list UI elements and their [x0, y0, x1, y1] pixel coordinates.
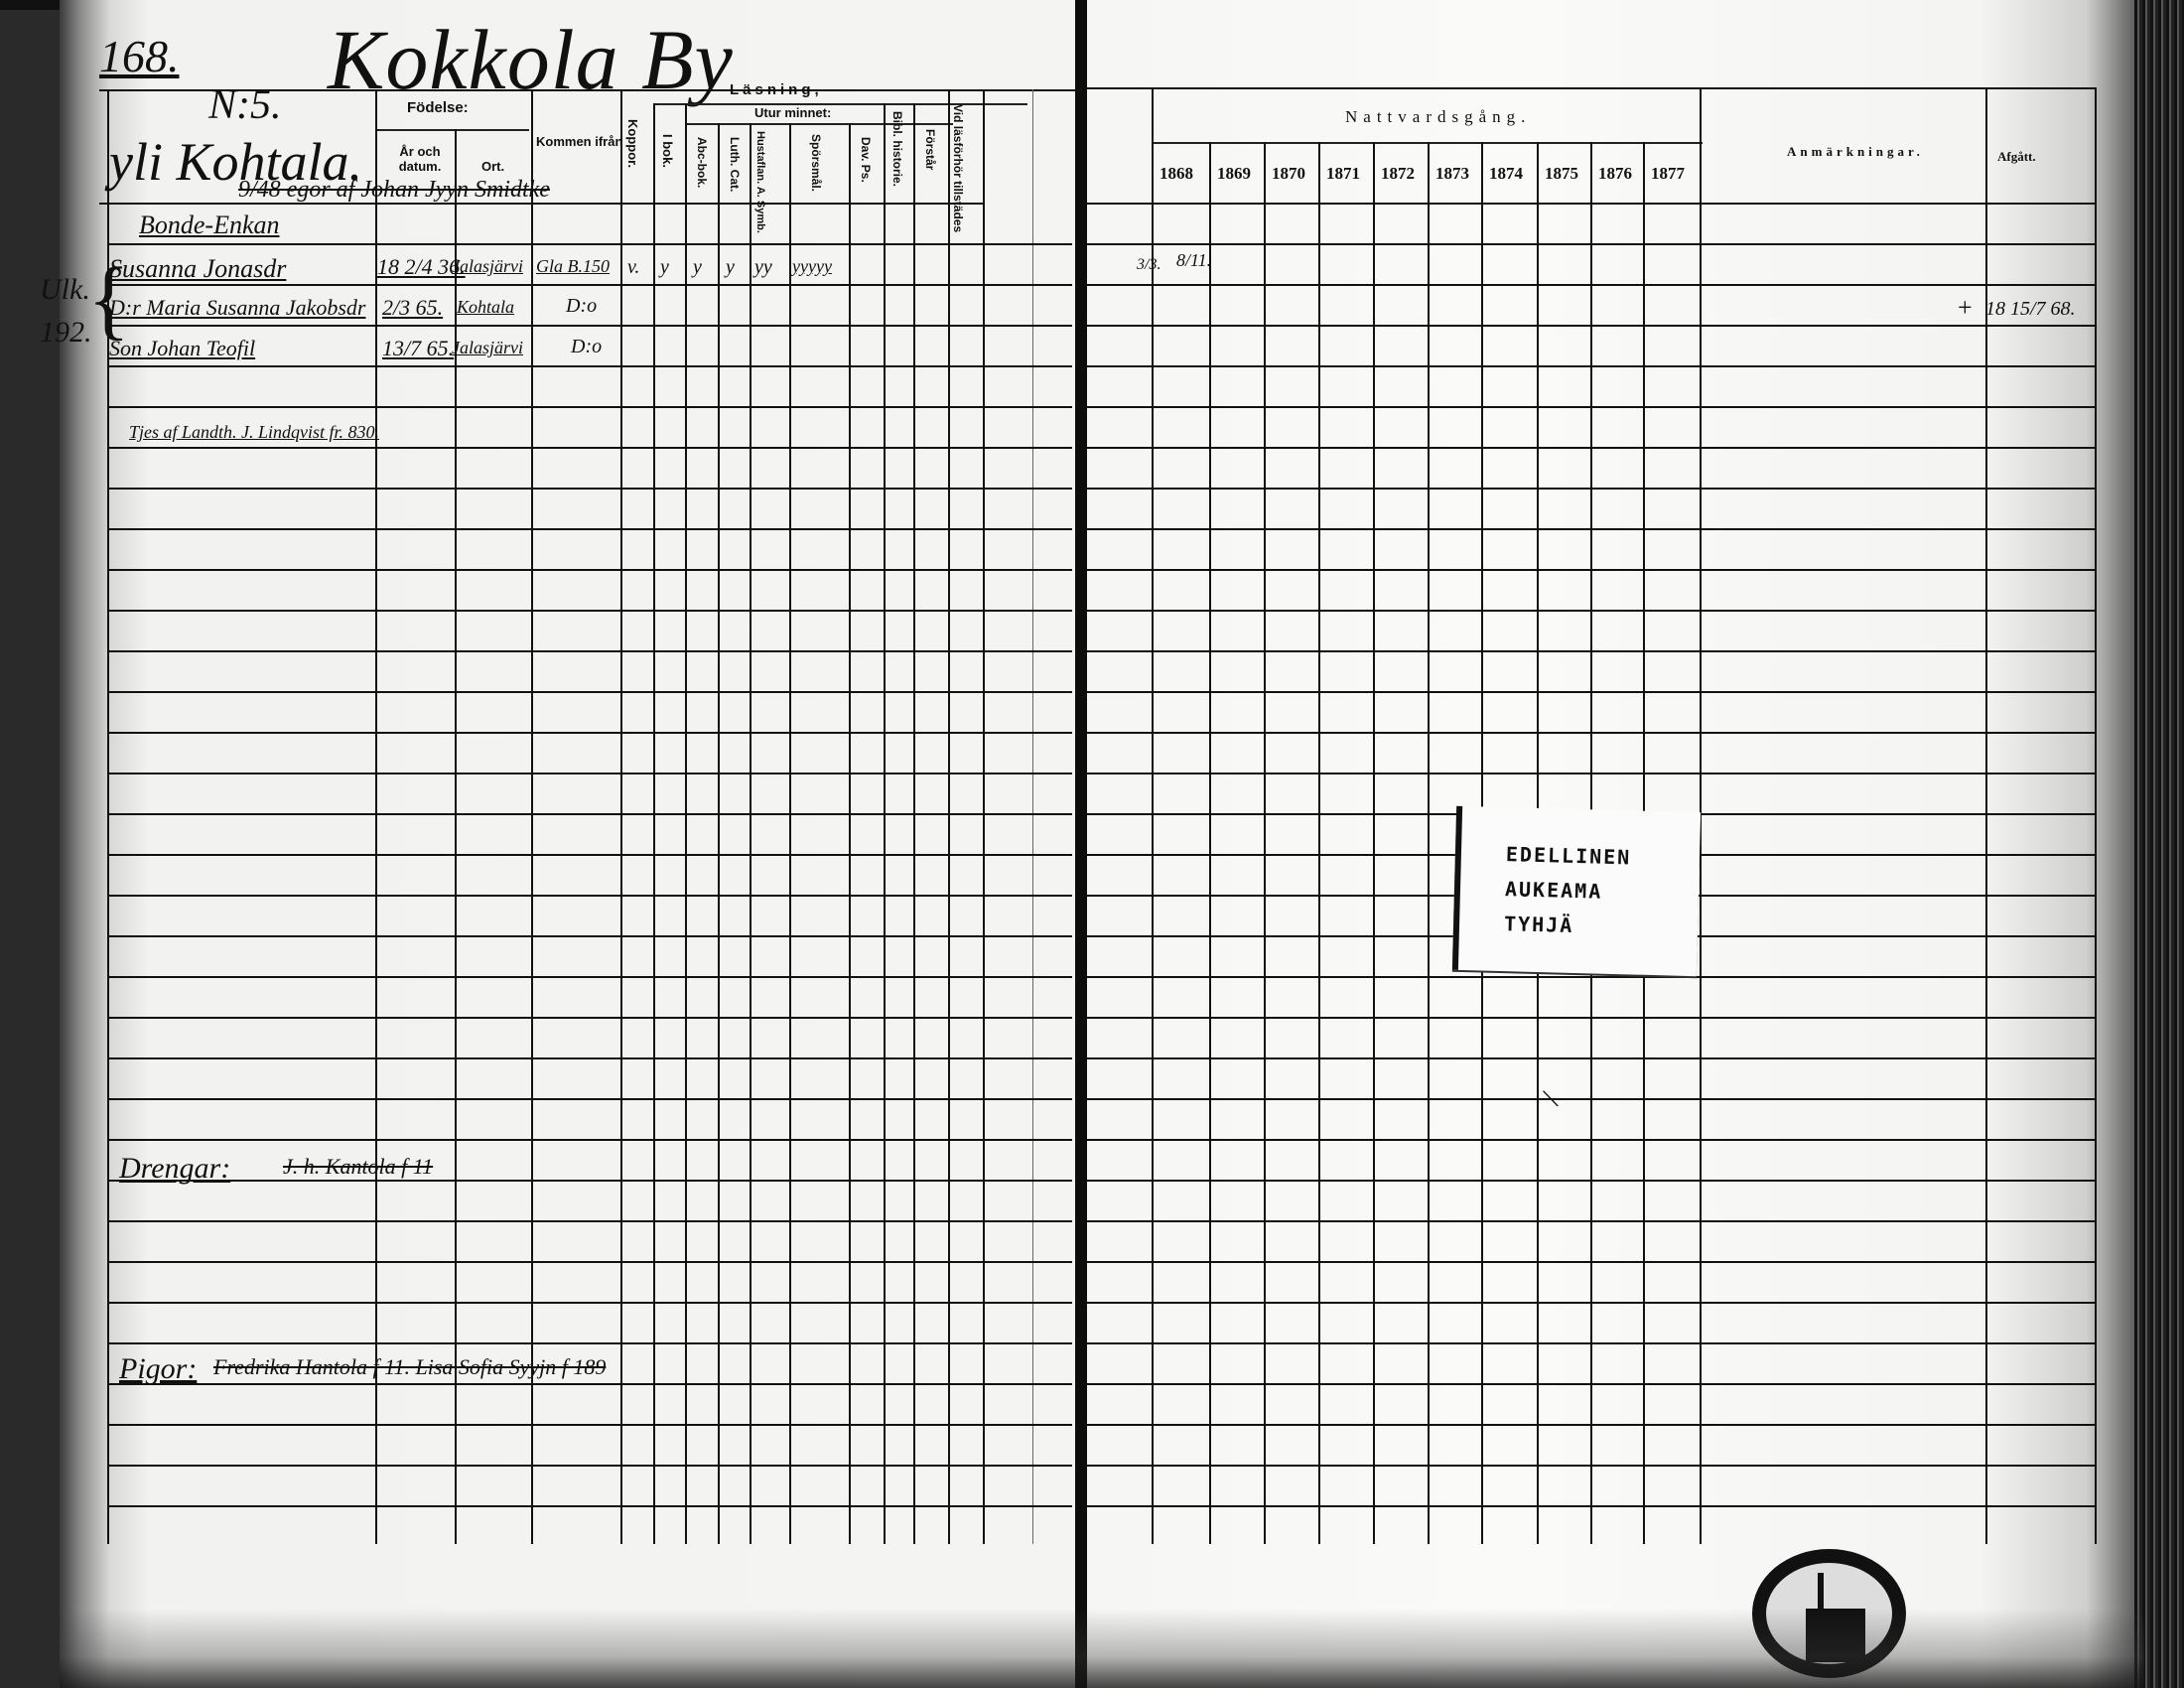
year-header: 1877: [1651, 164, 1685, 184]
row-rule: [1087, 1465, 2095, 1467]
row-rule: [107, 650, 1072, 652]
row-rule: [107, 854, 1072, 856]
entry-came-from: Gla B.150: [536, 256, 610, 277]
maids-text: Fredrika Hantola f 11. Lisa Sofia Syyjn …: [213, 1354, 606, 1380]
entry-reading-mark: yyyyy: [792, 256, 832, 277]
header-birth-year: År och datum.: [385, 144, 455, 174]
row-rule: [1087, 1424, 2095, 1426]
maids-label: Pigor:: [119, 1352, 197, 1386]
entry-reading-mark: y: [726, 256, 735, 279]
row-rule: [107, 284, 1072, 286]
entry-smallpox: v.: [627, 256, 639, 279]
page-number: 168.: [99, 30, 180, 82]
row-rule: [107, 1139, 1072, 1141]
column-rule: [1152, 87, 1154, 1544]
row-rule: [1087, 1383, 2095, 1385]
departed-date: 18 15/7 68.: [1985, 298, 2076, 321]
column-rule: [2095, 87, 2097, 1544]
row-rule: [1087, 569, 2095, 571]
row-rule: [1087, 1057, 2095, 1059]
row-rule: [1087, 1505, 2095, 1507]
death-cross-icon: +: [1958, 293, 1973, 323]
year-header: 1874: [1489, 164, 1523, 184]
row-rule: [107, 1261, 1072, 1263]
column-rule: [718, 123, 720, 1544]
row-rule: [107, 895, 1072, 897]
row-rule: [1087, 1139, 2095, 1141]
header-came-from: Kommen ifrån: [536, 134, 622, 149]
header-house-table: Hustaflan. A. Symb.: [754, 131, 766, 201]
struck-through-note: 9/48 egor af Johan Jyyn Smidtke: [238, 177, 550, 204]
header-birth-place: Ort.: [481, 159, 504, 174]
entry-reading-mark: y: [660, 256, 669, 279]
row-rule: [107, 1220, 1072, 1222]
header-birth: Födelse:: [407, 99, 469, 116]
column-rule: [375, 89, 377, 1544]
column-rule: [789, 123, 791, 1544]
entry-birth: 13/7 65.: [382, 336, 454, 361]
farmhands-text: J. h. Kantola f 11: [283, 1154, 433, 1180]
header-smallpox: Koppor.: [625, 119, 640, 168]
row-rule: [107, 1098, 1072, 1100]
farmhands-label: Drengar:: [119, 1152, 230, 1186]
row-rule: [107, 976, 1072, 978]
row-rule: [1087, 691, 2095, 693]
blank-page-label: EDELLINEN AUKEAMA TYHJÄ: [1452, 806, 1701, 976]
row-rule: [1087, 365, 2095, 367]
row-rule: [1087, 732, 2095, 734]
column-rule: [1428, 142, 1430, 1544]
header-departed: Afgått.: [1997, 149, 2036, 165]
header-by-heart: Utur minnet:: [754, 105, 831, 120]
entry-name: D:r Maria Susanna Jakobsdr: [109, 295, 366, 321]
column-rule: [531, 89, 533, 1544]
entry-birth: 2/3 65.: [382, 295, 443, 321]
row-rule: [1087, 1261, 2095, 1263]
header-understanding: Förstår: [923, 129, 937, 170]
row-rule: [107, 1180, 1072, 1182]
row-rule: [1087, 976, 2095, 978]
entry-name: Susanna Jonasdr: [109, 254, 286, 284]
row-rule: [107, 1017, 1072, 1019]
column-rule: [1264, 142, 1266, 1544]
row-rule: [107, 813, 1072, 815]
year-header: 1868: [1160, 164, 1193, 184]
row-rule: [1087, 773, 2095, 774]
row-rule: [1087, 447, 2095, 449]
rule-birth-sub: [375, 129, 529, 131]
row-rule: [1087, 325, 2095, 327]
header-questions: Spörsmål.: [809, 134, 823, 192]
column-rule: [653, 103, 655, 1544]
row-rule: [107, 365, 1072, 367]
entry-place: Jalasjärvi: [452, 256, 523, 277]
row-rule: [107, 243, 1072, 245]
header-bible-history: Bibl. historie.: [890, 111, 904, 187]
label-line1: EDELLINEN: [1506, 842, 1632, 869]
rule-top-right: [1087, 87, 2095, 89]
column-rule: [849, 123, 851, 1544]
row-rule: [107, 406, 1072, 408]
row-rule: [1087, 1180, 2095, 1182]
entry-role: Bonde-Enkan: [139, 211, 280, 240]
tenancy-note: Tjes af Landth. J. Lindqvist fr. 830.: [129, 422, 379, 443]
entry-came-from: D:o: [571, 336, 602, 358]
column-rule: [913, 103, 915, 1544]
column-rule: [750, 123, 751, 1544]
row-rule: [107, 1383, 1072, 1385]
left-page: [60, 0, 1082, 1688]
year-header: 1876: [1598, 164, 1632, 184]
header-luth-cat: Luth. Cat.: [728, 137, 742, 192]
row-rule: [1087, 610, 2095, 612]
row-rule: [107, 1424, 1072, 1426]
column-rule: [948, 89, 950, 1544]
row-rule: [1087, 1098, 2095, 1100]
column-rule: [983, 89, 985, 1544]
label-line3: TYHJÄ: [1504, 912, 1574, 937]
row-rule: [1087, 406, 2095, 408]
row-rule: [107, 1505, 1072, 1507]
rule-reading-sub: [655, 103, 1027, 105]
row-rule: [107, 1342, 1072, 1344]
row-rule: [107, 447, 1072, 449]
year-header: 1869: [1217, 164, 1251, 184]
column-rule: [1209, 142, 1211, 1544]
entry-place: Kohtala: [457, 297, 514, 318]
row-rule: [107, 569, 1072, 571]
row-rule: [107, 610, 1072, 612]
row-rule: [1087, 488, 2095, 490]
row-rule: [1087, 1342, 2095, 1344]
header-dav-ps: Dav. Ps.: [859, 137, 873, 183]
row-rule: [1087, 284, 2095, 286]
brace-icon: {: [87, 248, 130, 351]
row-rule: [107, 691, 1072, 693]
scan-bottom-shadow: [60, 1609, 2144, 1688]
row-rule: [107, 1302, 1072, 1304]
header-in-book: I bok.: [660, 134, 675, 168]
entry-came-from: D:o: [566, 295, 597, 318]
margin-note-line1: Ulk.: [40, 273, 90, 307]
communion-mark-pre: 3/3.: [1137, 256, 1160, 274]
column-rule: [884, 103, 886, 1544]
column-rule: [1373, 142, 1375, 1544]
year-header: 1873: [1435, 164, 1469, 184]
header-remarks: Anmärkningar.: [1787, 144, 1924, 160]
year-header: 1870: [1272, 164, 1305, 184]
label-line2: AUKEAMA: [1505, 877, 1603, 904]
year-header: 1872: [1381, 164, 1415, 184]
column-rule: [1032, 89, 1033, 1544]
rule-top: [99, 89, 1082, 91]
communion-mark-1868: 8/11.: [1176, 250, 1211, 271]
row-rule: [107, 773, 1072, 774]
header-attended-exam: Vid läsförhör tillstädes: [951, 104, 965, 194]
year-header: 1871: [1326, 164, 1360, 184]
entry-reading-mark: yy: [754, 256, 772, 279]
row-rule: [1087, 1017, 2095, 1019]
row-rule: [107, 935, 1072, 937]
column-rule: [620, 89, 622, 1544]
entry-name: Son Johan Teofil: [109, 336, 255, 361]
margin-note-line2: 192.: [40, 316, 92, 350]
header-communion: Nattvardsgång.: [1345, 107, 1531, 127]
entry-reading-mark: y: [693, 256, 702, 279]
row-rule: [107, 488, 1072, 490]
row-rule: [107, 528, 1072, 530]
row-rule: [1087, 1302, 2095, 1304]
book-spine: [1075, 0, 1087, 1688]
row-rule: [1087, 650, 2095, 652]
row-rule: [107, 1057, 1072, 1059]
row-rule: [1087, 1220, 2095, 1222]
header-abc-book: Abc-bok.: [695, 137, 709, 188]
row-rule: [1087, 528, 2095, 530]
column-rule: [1318, 142, 1320, 1544]
book-edge: [2134, 0, 2184, 1688]
header-reading: Läsning,: [730, 81, 823, 98]
row-rule: [107, 1465, 1072, 1467]
entry-place: Jalasjärvi: [452, 338, 523, 358]
column-rule: [685, 103, 687, 1544]
row-rule: [1087, 243, 2095, 245]
year-header: 1875: [1545, 164, 1578, 184]
row-rule: [107, 325, 1072, 327]
row-rule: [107, 732, 1072, 734]
